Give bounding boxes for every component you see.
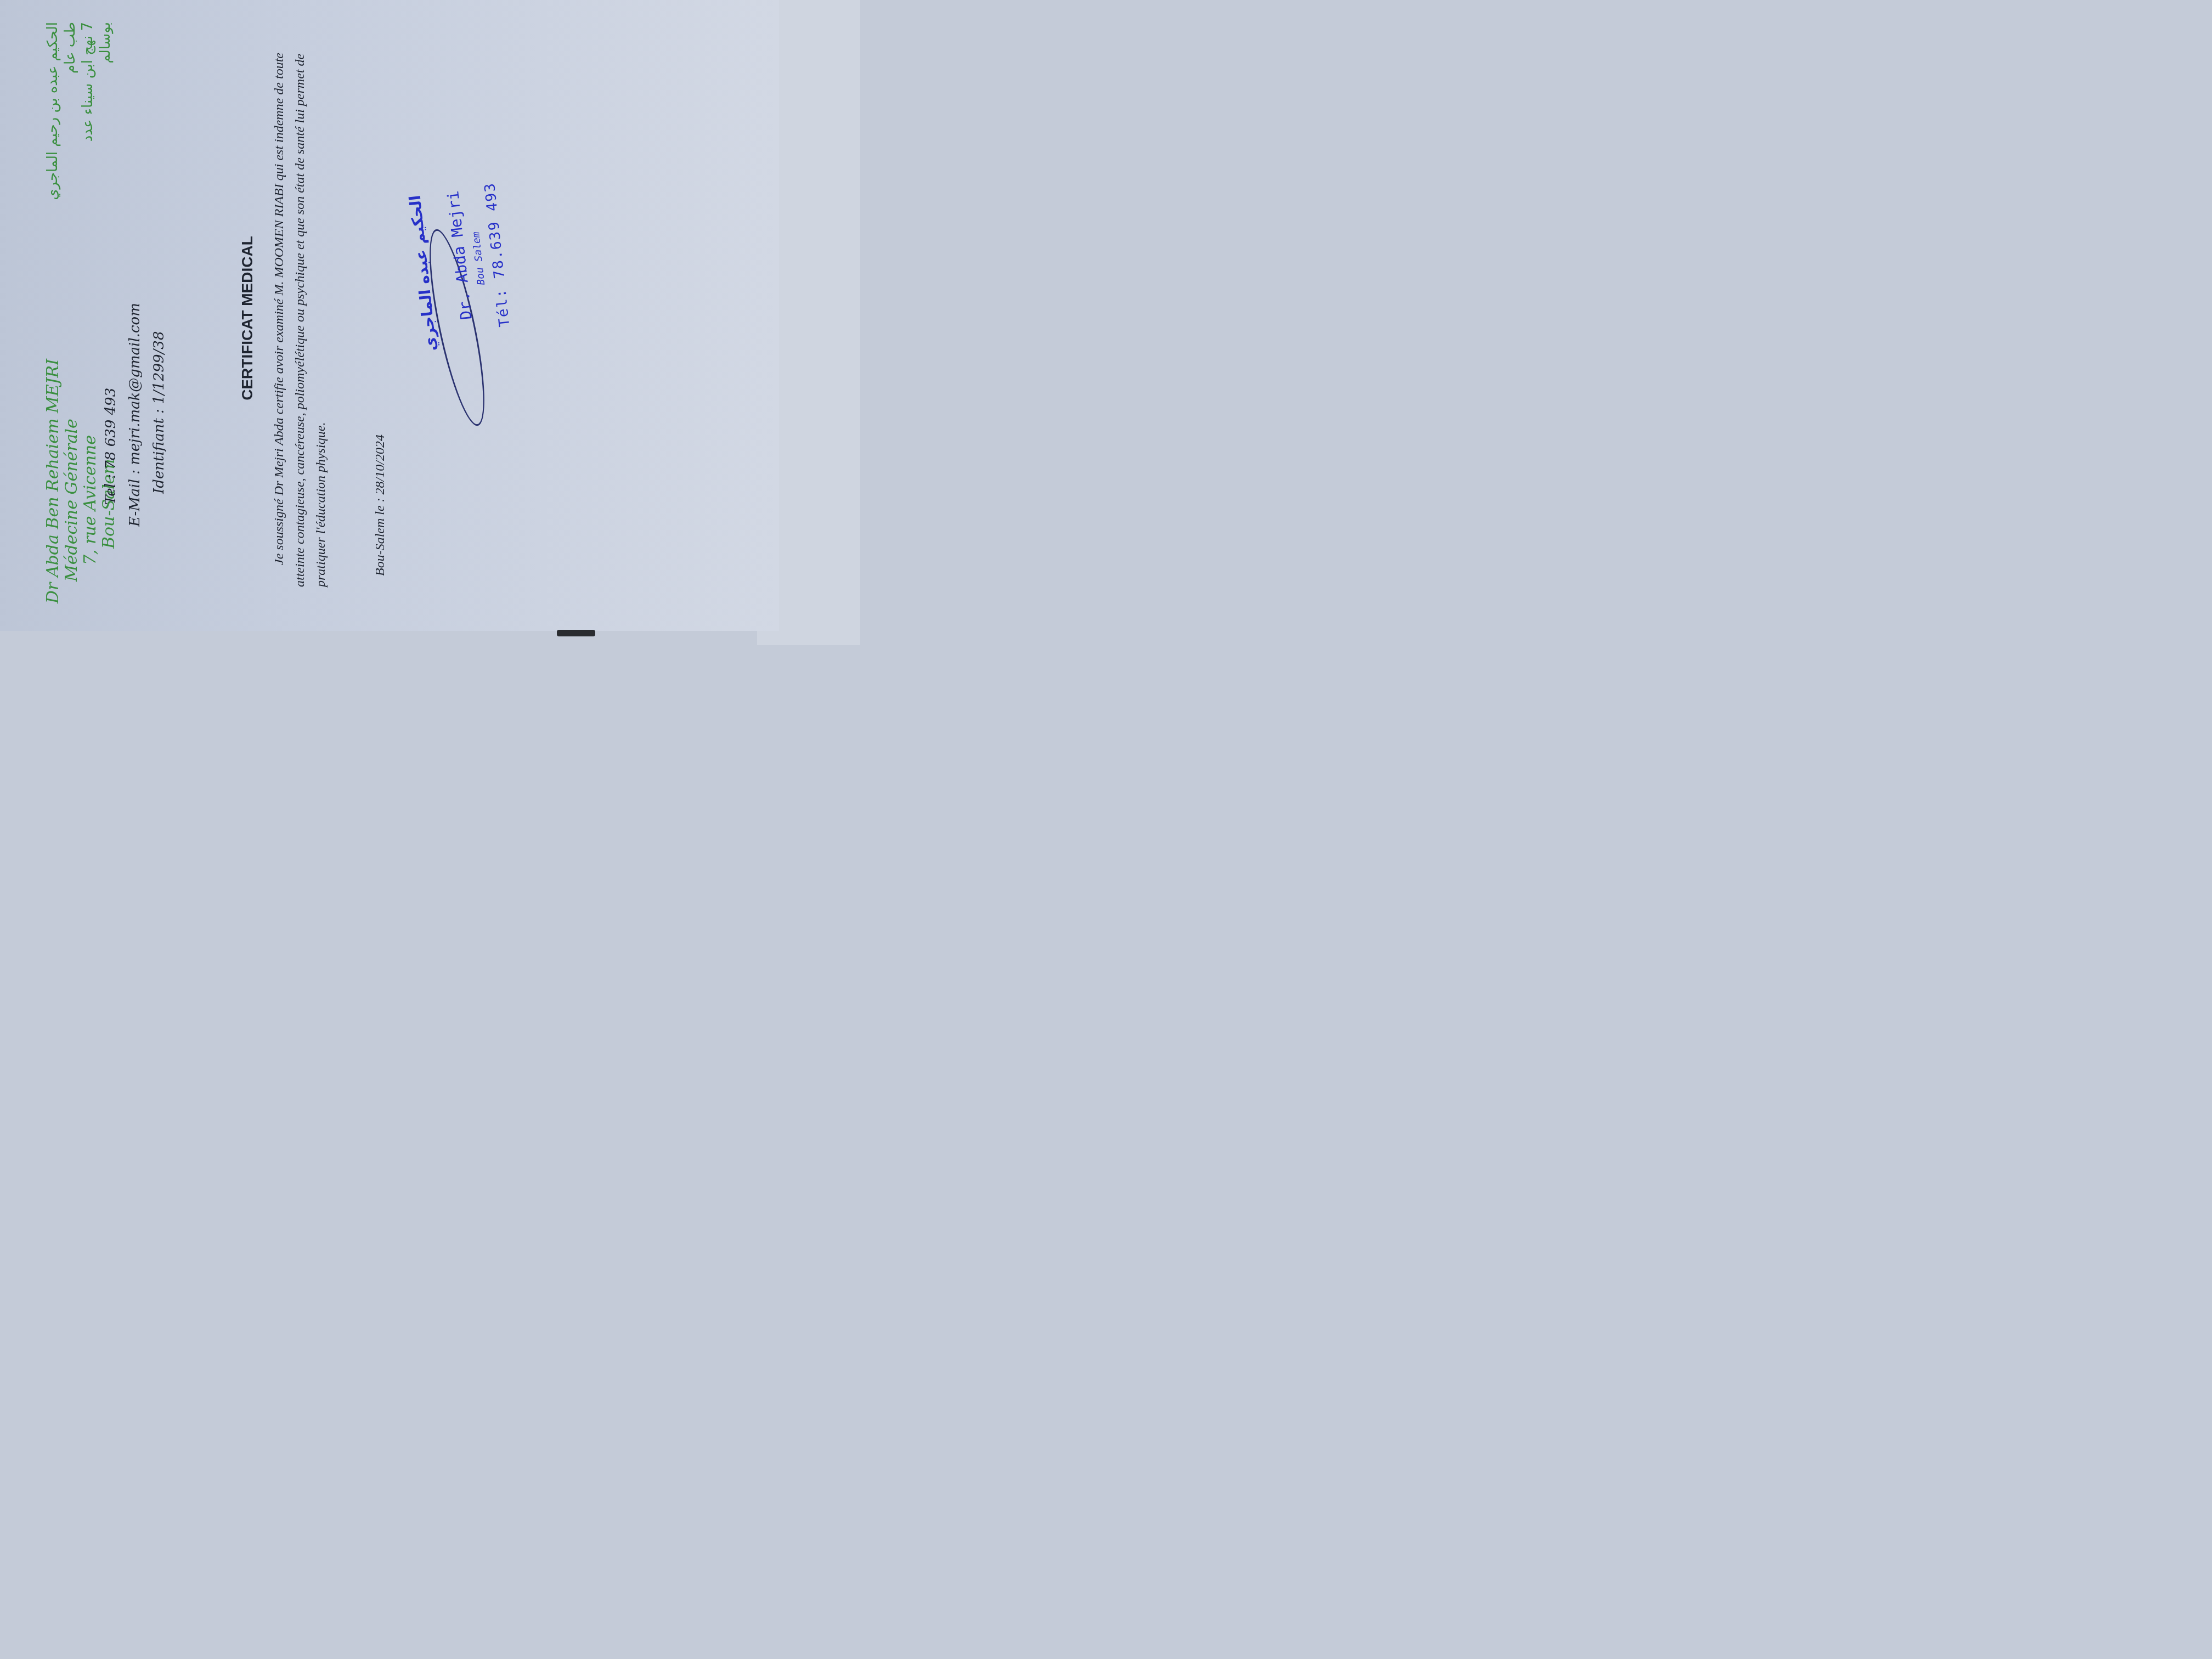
- address-street: 7, rue Avicenne: [81, 359, 100, 603]
- identifiant: Identifiant : 1/1299/38: [147, 303, 171, 527]
- certificate-page: Dr Abda Ben Rehaiem MEJRI Médecine Génér…: [0, 0, 779, 631]
- doctor-name: Dr Abda Ben Rehaiem MEJRI: [44, 359, 63, 603]
- specialty: Médecine Générale: [63, 359, 81, 603]
- stamp-city: Bou Salem: [470, 231, 487, 285]
- arabic-name: الحكيم عبده بن رحيم الماجري: [44, 22, 61, 200]
- arabic-specialty: طب عام: [61, 22, 79, 200]
- body-paragraph: Je soussigné Dr Mejri Abda certifie avoi…: [269, 38, 331, 587]
- arabic-header: الحكيم عبده بن رحيم الماجري طب عام 7 نهج…: [44, 22, 114, 200]
- stamp-arabic: الحكيم عبده الماجري: [406, 194, 441, 352]
- stamp-name: Dr. Abda Mejri: [444, 190, 475, 320]
- arabic-address: 7 نهج ابن سيناء عدد: [79, 22, 97, 200]
- date-line: Bou-Salem le : 28/10/2024: [373, 435, 388, 576]
- staple: [557, 630, 595, 636]
- document-title: CERTIFICAT MEDICAL: [239, 0, 256, 636]
- certificate-body: Je soussigné Dr Mejri Abda certifie avoi…: [269, 38, 331, 587]
- tel: Tel : 78 639 493: [99, 303, 123, 527]
- doctor-stamp: الحكيم عبده الماجري Dr. Abda Mejri Bou S…: [398, 109, 557, 385]
- arabic-city: بوسالم: [97, 22, 114, 200]
- stamp-tel: Tél: 78.639 493: [482, 182, 513, 328]
- contact-block: Tel : 78 639 493 E-Mail : mejri.mak@gmai…: [99, 303, 171, 527]
- email: E-Mail : mejri.mak@gmail.com: [123, 303, 147, 527]
